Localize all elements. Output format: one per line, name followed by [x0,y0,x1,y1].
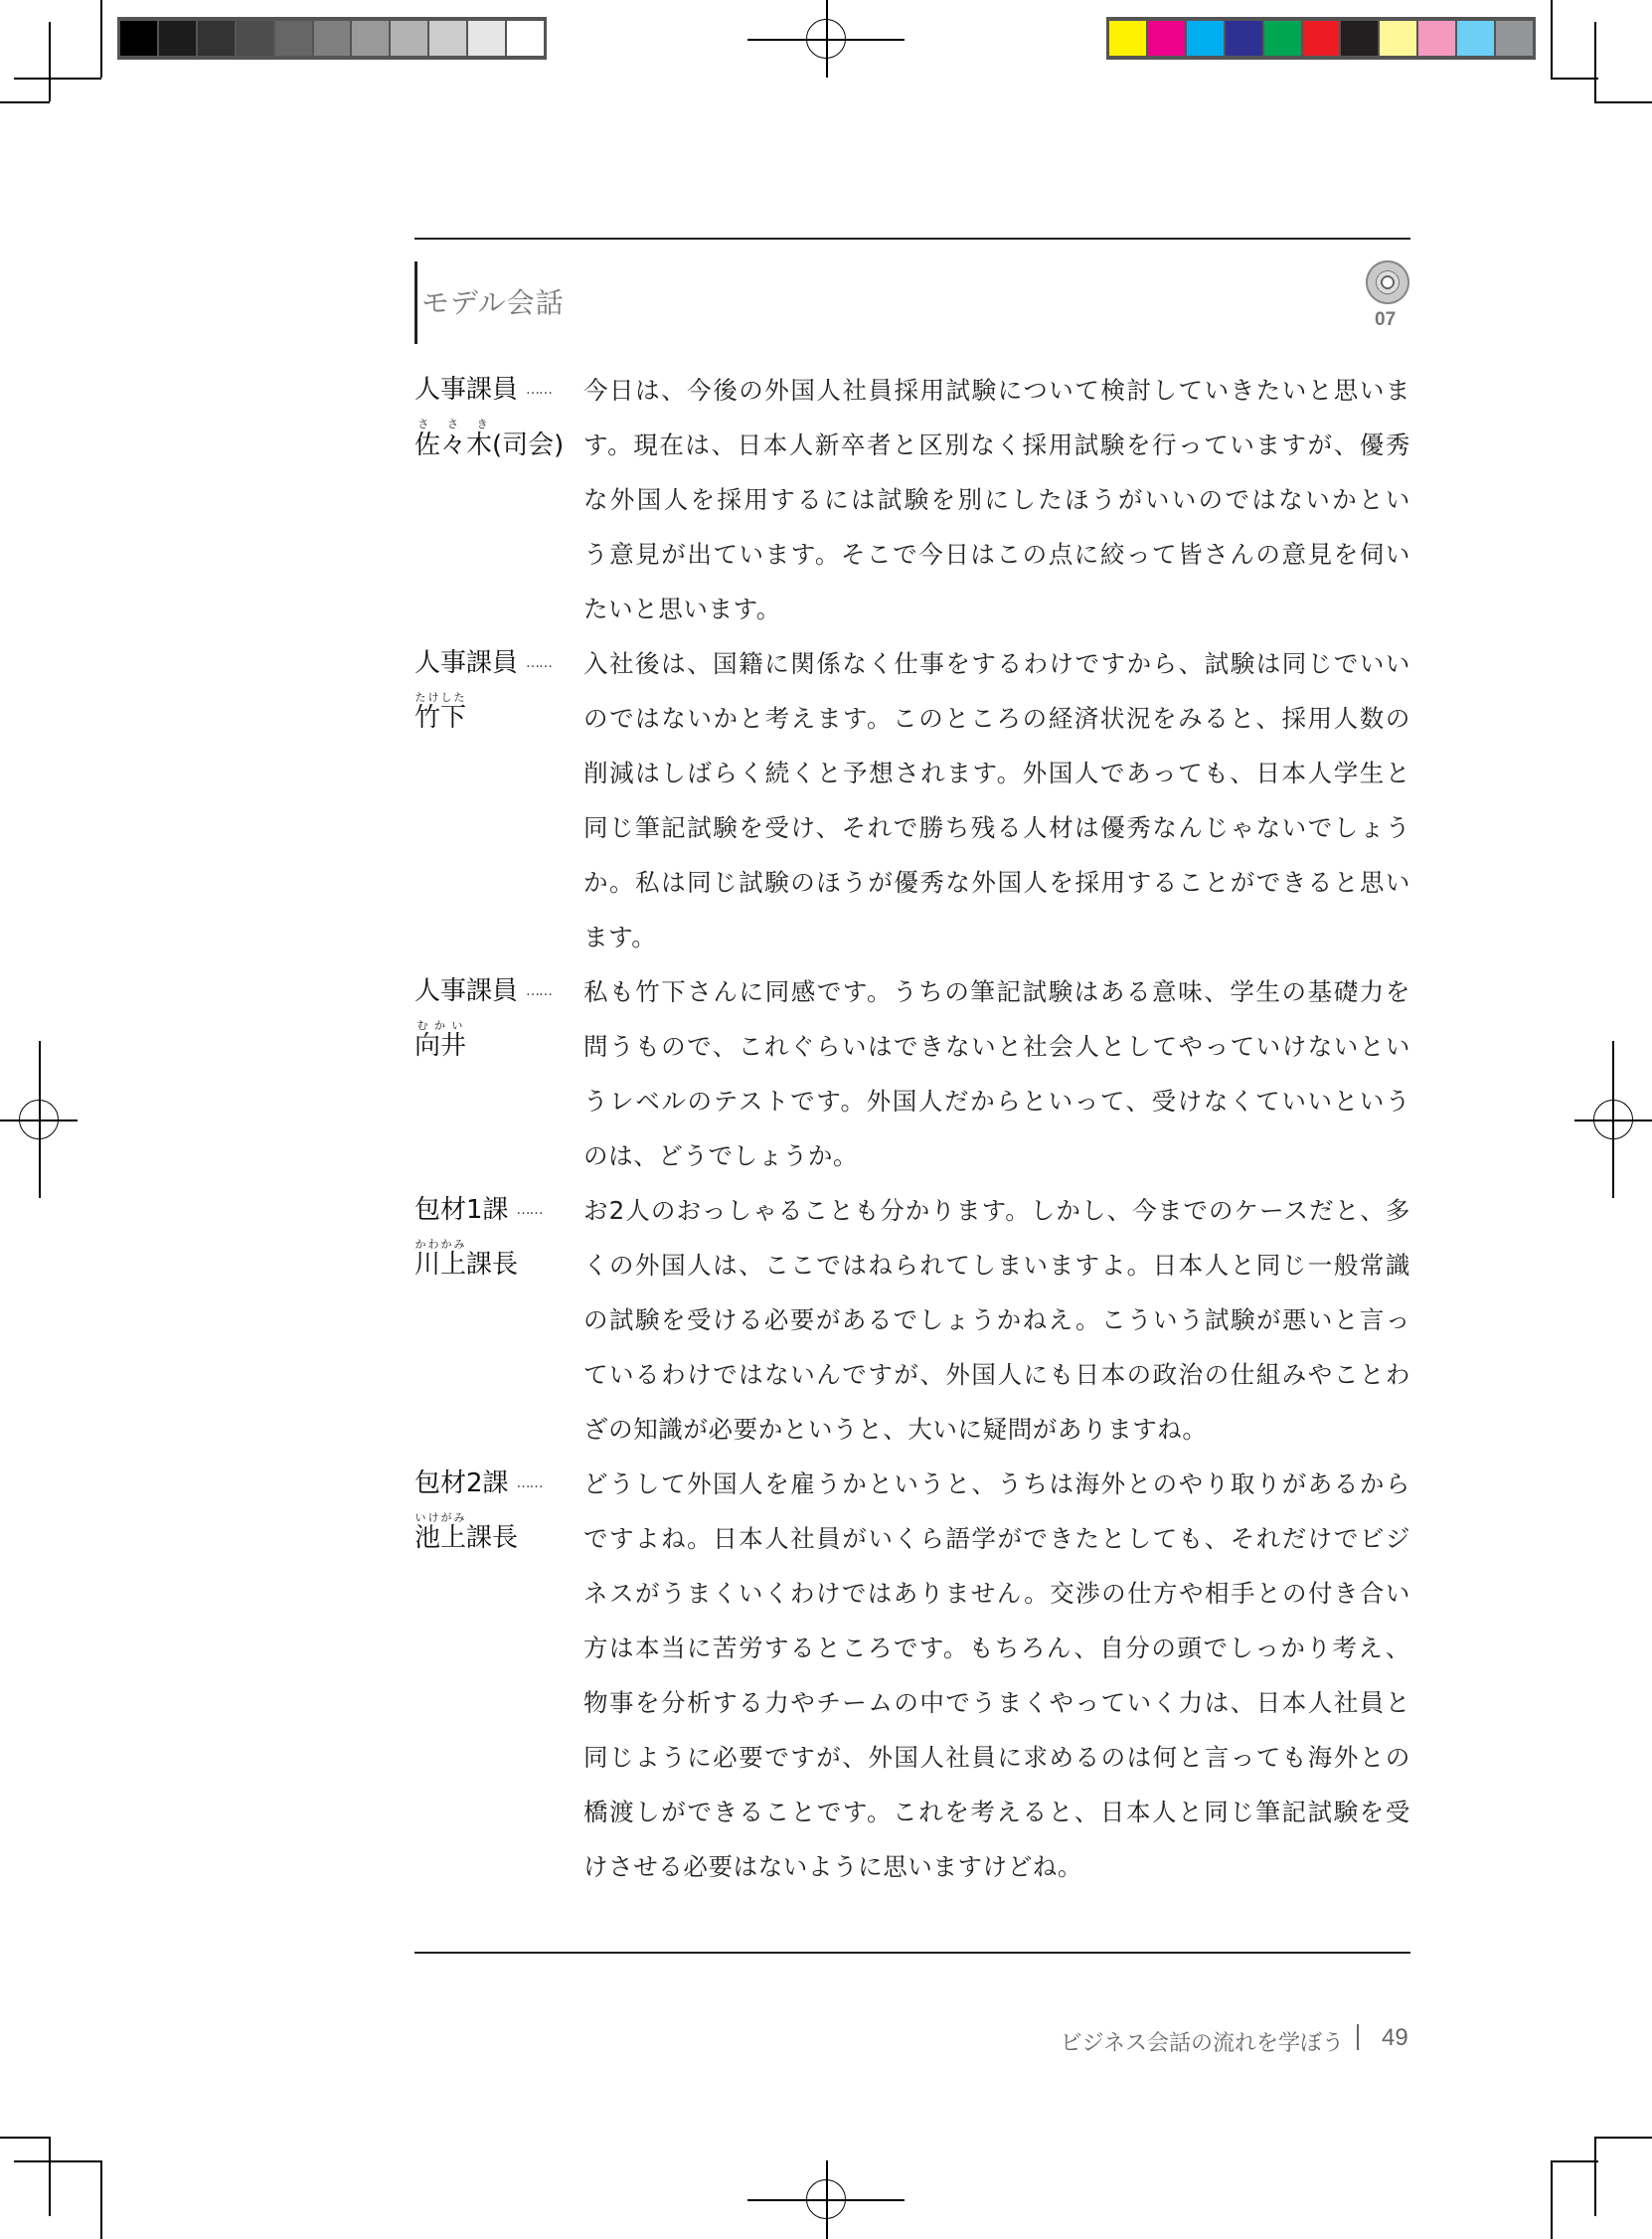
model-dialogue: 人事課員……佐々木さ さ き(司会)今日は、今後の外国人社員採用試験について検討… [414,363,1410,1894]
color-swatch [275,21,312,56]
speech-line: 私も竹下さんに同感です。うちの筆記試験はある意味、学生の基礎力を [583,964,1410,1019]
dialogue-turn: 人事課員……佐々木さ さ き(司会)今日は、今後の外国人社員採用試験について検討… [414,363,1410,636]
speaker-role-label: 包材2課 [414,1468,509,1498]
speech-line: ているわけではないんですが、外国人にも日本の政治の仕組みやことわ [583,1347,1410,1402]
speech-line: 方は本当に苦労するところです。もちろん、自分の頭でしっかり考え、 [583,1621,1410,1675]
speech-line: のではないかと考えます。このところの経済状況をみると、採用人数の [583,691,1410,746]
cd-audio-icon [1366,260,1409,304]
color-swatch [1109,21,1146,56]
speech-line: 入社後は、国籍に関係なく仕事をするわけですから、試験は同じでいい [583,636,1410,691]
dialogue-turn: 人事課員……竹下たけした入社後は、国籍に関係なく仕事をするわけですから、試験は同… [414,636,1410,964]
color-swatch [237,21,273,56]
speaker: 人事課員……佐々木さ さ き(司会) [414,363,583,636]
color-swatch [1418,21,1455,56]
furigana: いけがみ [414,1511,466,1524]
color-swatch [352,21,389,56]
speaker-role-label: 人事課員 [414,976,518,1006]
grayscale-color-bar [117,17,547,60]
speech-line: ます。 [583,910,1410,964]
speech-text: 私も竹下さんに同感です。うちの筆記試験はある意味、学生の基礎力を問うもので、これ… [583,964,1410,1183]
speech-line: ですよね。日本人社員がいくら語学ができたとしても、それだけでビジ [583,1511,1410,1566]
color-swatch [1226,21,1262,56]
color-swatch [198,21,235,56]
process-color-bar [1106,17,1536,60]
furigana: さ さ き [414,418,492,431]
speech-line: 橋渡しができることです。これを考えると、日本人と同じ筆記試験を受 [583,1785,1410,1839]
speech-line: ネスがうまくいくわけではありません。交渉の仕方や相手との付き合い [583,1566,1410,1621]
furigana: かわかみ [414,1238,466,1251]
speech-line: 今日は、今後の外国人社員採用試験について検討していきたいと思いま [583,363,1410,418]
speaker-name: 川上かわかみ課長 [414,1238,583,1292]
speaker-role-label: 包材1課 [414,1195,509,1225]
speech-text: 入社後は、国籍に関係なく仕事をするわけですから、試験は同じでいいのではないかと考… [583,636,1410,964]
speech-line: う意見が出ています。そこで今日はこの点に絞って皆さんの意見を伺い [583,527,1410,582]
speaker-name: 池上いけがみ課長 [414,1511,583,1566]
title-accent-bar [414,261,417,344]
speaker-role-label: 人事課員 [414,375,518,405]
color-swatch [1303,21,1340,56]
speech-line: 物事を分析する力やチームの中でうまくやっていく力は、日本人社員と [583,1675,1410,1730]
bottom-rule [414,1952,1410,1954]
furigana: むかい [414,1019,466,1032]
color-swatch [391,21,427,56]
color-swatch [1341,21,1378,56]
furigana: たけした [414,691,466,704]
speech-line: な外国人を採用するには試験を別にしたほうがいいのではないかとい [583,472,1410,527]
color-swatch [1457,21,1494,56]
dialogue-turn: 包材1課……川上かわかみ課長お2人のおっしゃることも分かります。しかし、今までの… [414,1183,1410,1457]
speech-line: くの外国人は、ここではねられてしまいますよ。日本人と同じ一般常識 [583,1238,1410,1292]
color-swatch [314,21,351,56]
dialogue-turn: 包材2課……池上いけがみ課長どうして外国人を雇うかというと、うちは海外とのやり取… [414,1457,1410,1894]
footer-separator [1357,2024,1359,2050]
speech-line: のは、どうでしょうか。 [583,1128,1410,1183]
speech-line: 問うもので、これぐらいはできないと社会人としてやっていけないとい [583,1019,1410,1074]
leader-dots: …… [517,1202,543,1218]
leader-dots: …… [517,1475,543,1491]
color-swatch [429,21,466,56]
speech-text: お2人のおっしゃることも分かります。しかし、今までのケースだと、多くの外国人は、… [583,1183,1410,1457]
running-title: ビジネス会話の流れを学ぼう [1061,2026,1344,2057]
leader-dots: …… [526,655,552,671]
section-title: モデル会話 [421,281,565,321]
speaker-name: 向井むかい [414,1019,583,1074]
color-swatch [1264,21,1301,56]
speech-line: たいと思います。 [583,582,1410,636]
speaker-role: 包材1課…… [414,1183,583,1238]
color-swatch [120,21,157,56]
top-rule [414,238,1410,240]
speech-text: どうして外国人を雇うかというと、うちは海外とのやり取りがあるからですよね。日本人… [583,1457,1410,1894]
color-swatch [1148,21,1185,56]
speech-line: けさせる必要はないように思いますけどね。 [583,1839,1410,1894]
audio-track-number: 07 [1375,309,1396,331]
speech-line: 同じ筆記試験を受け、それで勝ち残る人材は優秀なんじゃないでしょう [583,800,1410,855]
color-swatch [468,21,505,56]
speaker: 包材2課……池上いけがみ課長 [414,1457,583,1894]
speech-line: の試験を受ける必要があるでしょうかねえ。こういう試験が悪いと言っ [583,1292,1410,1347]
speech-line: 削減はしばらく続くと予想されます。外国人であっても、日本人学生と [583,746,1410,800]
speaker-role: 人事課員…… [414,363,583,418]
speaker: 人事課員……竹下たけした [414,636,583,964]
leader-dots: …… [526,983,552,999]
color-swatch [159,21,196,56]
page-number: 49 [1382,2024,1408,2052]
speaker-name: 竹下たけした [414,691,583,746]
color-swatch [507,21,544,56]
speech-line: ざの知識が必要かというと、大いに疑問がありますね。 [583,1402,1410,1457]
speaker-role: 人事課員…… [414,964,583,1019]
leader-dots: …… [526,382,552,398]
speaker-role: 人事課員…… [414,636,583,691]
speech-line: お2人のおっしゃることも分かります。しかし、今までのケースだと、多 [583,1183,1410,1238]
speech-line: うレベルのテストです。外国人だからといって、受けなくていいという [583,1074,1410,1128]
speech-line: す。現在は、日本人新卒者と区別なく採用試験を行っていますが、優秀 [583,418,1410,472]
speech-text: 今日は、今後の外国人社員採用試験について検討していきたいと思います。現在は、日本… [583,363,1410,636]
speech-line: どうして外国人を雇うかというと、うちは海外とのやり取りがあるから [583,1457,1410,1511]
speaker: 包材1課……川上かわかみ課長 [414,1183,583,1457]
dialogue-turn: 人事課員……向井むかい私も竹下さんに同感です。うちの筆記試験はある意味、学生の基… [414,964,1410,1183]
speaker: 人事課員……向井むかい [414,964,583,1183]
speaker-name: 佐々木さ さ き(司会) [414,418,583,472]
speech-line: 同じように必要ですが、外国人社員に求めるのは何と言っても海外との [583,1730,1410,1785]
color-swatch [1496,21,1533,56]
color-swatch [1380,21,1416,56]
speech-line: か。私は同じ試験のほうが優秀な外国人を採用することができると思い [583,855,1410,910]
color-swatch [1187,21,1224,56]
speaker-role: 包材2課…… [414,1457,583,1511]
speaker-role-label: 人事課員 [414,648,518,678]
